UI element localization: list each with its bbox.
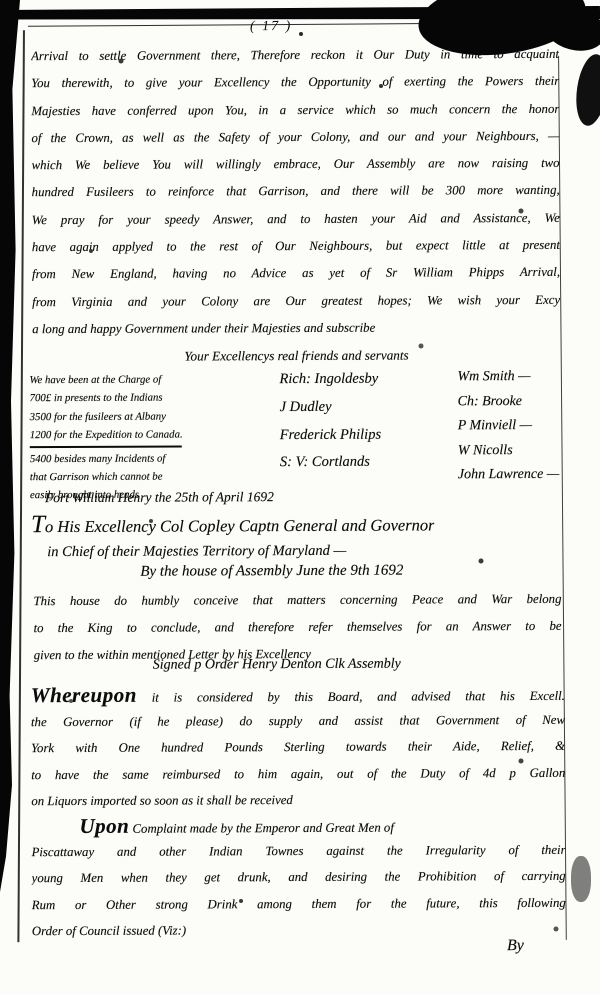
signature: Ch: Brooke: [458, 389, 600, 414]
signature: Wm Smith —: [457, 365, 600, 390]
council-order-first-line: it is considered by this Board, and advi…: [137, 689, 565, 705]
complaint-entry: Upon Complaint made by the Emperor and G…: [31, 811, 566, 944]
letter-body: Arrival to settle Government there, Ther…: [31, 41, 560, 371]
letter-line: We pray for your speedy Answer, and to h…: [32, 205, 560, 235]
complaint-line: Rum or Other strong Drink among them for…: [32, 889, 566, 918]
council-order-line: York with One hundred Pounds Sterling to…: [31, 733, 565, 762]
assembly-line: to the King to conclude, and therefore r…: [34, 613, 562, 642]
address-line: in Chief of their Majesties Territory of…: [47, 538, 435, 564]
signature: W Nicolls: [458, 438, 600, 463]
address-block: To His Excellency Col Copley Captn Gener…: [31, 509, 435, 564]
letter-line: Majesties have conferred upon You, in a …: [31, 95, 559, 125]
letter-line: from New England, having no Advice as ye…: [32, 259, 560, 289]
signature-column-1: Rich: Ingoldesby J Dudley Frederick Phil…: [279, 365, 459, 477]
complaint-line: Piscattaway and other Indian Townes agai…: [31, 837, 565, 866]
dateline: Fort William Henry the 25th of April 169…: [45, 489, 274, 506]
letter-line: have again applyed to the rest of Our Ne…: [32, 232, 560, 262]
complaint-line: Upon Complaint made by the Emperor and G…: [31, 811, 565, 840]
signature: P Minviell —: [458, 414, 600, 439]
margin-note-line: 5400 besides many Incidents of: [30, 449, 245, 468]
signature: John Lawrence —: [458, 463, 600, 488]
address-line: To His Excellency Col Copley Captn Gener…: [31, 509, 435, 540]
complaint-first-line: Complaint made by the Emperor and Great …: [129, 821, 394, 836]
left-margin-rule: [17, 30, 24, 942]
letter-line: which We believe You will willingly embr…: [31, 150, 559, 180]
complaint-line: young Men when they get drunk, and desir…: [32, 863, 566, 892]
margin-note-line: We have been at the Charge of: [29, 370, 244, 389]
signature: Rich: Ingoldesby: [279, 365, 459, 394]
smudge-right-edge: [571, 856, 591, 902]
council-order-line: to have the same reimbursed to him again…: [31, 760, 565, 789]
signature: Frederick Philips: [280, 421, 460, 450]
margin-note-line: 700£ in presents to the Indians: [30, 389, 245, 408]
signature: J Dudley: [280, 393, 460, 422]
margin-note-line: 1200 for the Expedition to Canada.: [30, 425, 245, 444]
signed-line: Signed p Order Henry Denton Clk Assembly: [153, 657, 401, 674]
letter-line: of the Crown, as well as the Safety of y…: [31, 123, 559, 153]
assembly-heading: By the house of Assembly June the 9th 16…: [140, 563, 403, 581]
signature-column-2: Wm Smith — Ch: Brooke P Minviell — W Nic…: [457, 365, 600, 489]
letter-line: You therewith, to give your Excellency t…: [31, 68, 559, 98]
sum-underline: [30, 445, 182, 448]
complaint-line: Order of Council issued (Viz:): [32, 916, 566, 945]
letter-line: a long and happy Government under their …: [32, 314, 560, 344]
page-number: ( 17 ): [250, 19, 292, 35]
signature-block: We have been at the Charge of 700£ in pr…: [29, 365, 575, 493]
letter-line: from Virginia and your Colony are Our gr…: [32, 287, 560, 317]
signature: S: V: Cortlands: [280, 449, 460, 478]
margin-cost-note: We have been at the Charge of 700£ in pr…: [29, 370, 245, 505]
margin-note-line: 3500 for the fusileers at Albany: [30, 407, 245, 426]
council-order-line: the Governor (if he please) do supply an…: [31, 706, 565, 735]
opening-word: Upon: [79, 814, 129, 838]
scan-noise-speckles: [0, 0, 2, 2]
letter-line: hundred Fusileers to reinforce that Garr…: [32, 177, 560, 207]
assembly-line: This house do humbly conceive that matte…: [33, 586, 561, 615]
margin-note-line: that Garrison which cannot be: [30, 467, 245, 486]
opening-word: Whereupon: [31, 683, 137, 707]
page-content: ( 17 ) Arrival to settle Government ther…: [0, 0, 600, 994]
catchword: By: [507, 937, 524, 955]
council-order: Whereupon it is considered by this Board…: [31, 680, 566, 815]
council-order-line: Whereupon it is considered by this Board…: [31, 680, 565, 709]
manuscript-page: ( 17 ) Arrival to settle Government ther…: [0, 0, 600, 994]
